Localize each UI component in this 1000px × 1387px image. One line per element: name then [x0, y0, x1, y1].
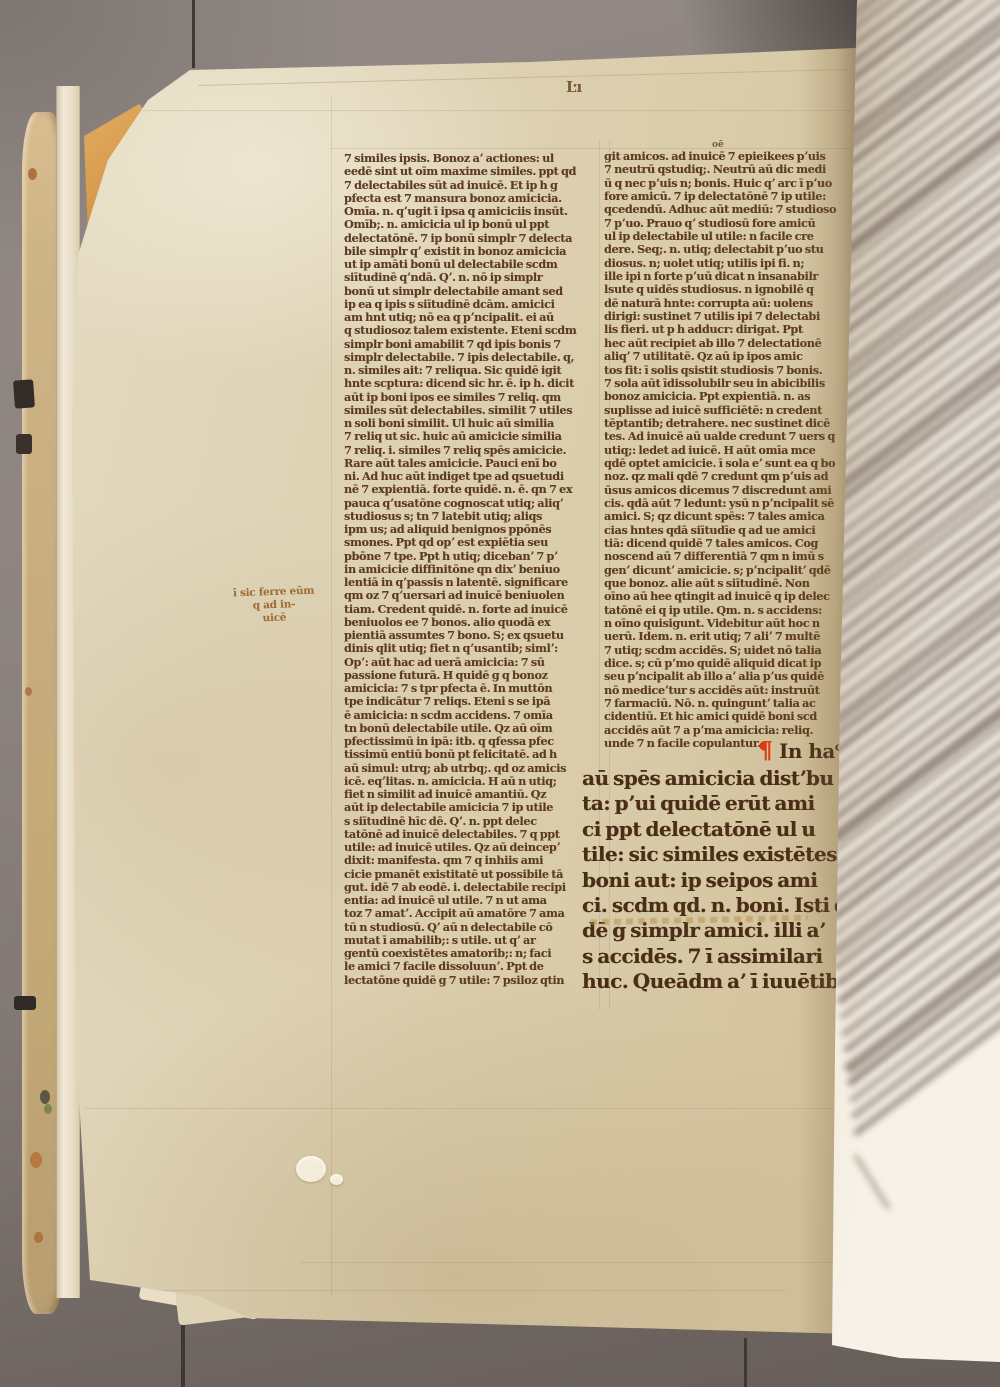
text-line: entia: ad inuicē ul utile. 7 n ut ama: [344, 894, 600, 907]
text-line: nē 7 expientiā. forte quidē. n. ē. qn 7 …: [344, 483, 600, 496]
text-line: similes sūt delectabiles. similit 7 util…: [344, 404, 600, 417]
text-line: ipm us; ad aliquid benignos ppōnēs: [344, 523, 600, 536]
text-line: tū n studiosū. Qʼ aū n delectabile cō: [344, 921, 600, 934]
text-line: 7 reliq. i. similes 7 reliq spēs amicici…: [344, 444, 600, 457]
text-line: aūt ip delectabile amicicia 7 ip utile: [344, 801, 600, 814]
ruling-line-vertical: [331, 96, 332, 1296]
quire-signature-mark: Ŀı: [566, 78, 582, 96]
text-line: studiosus s; tn 7 latebit utiq; aliqs: [344, 510, 600, 523]
text-line: aūt ip boni ipos ee similes 7 reliq. qm: [344, 391, 600, 404]
text-line: ut ip amāti bonū ul delectabile scdm: [344, 258, 600, 271]
text-line: lectatōne quidē g 7 utile: 7 psiloz qtin: [344, 974, 600, 987]
text-line: q studiosoz talem existente. Eteni scdm: [344, 324, 600, 337]
ruling-line-horizontal: [85, 1108, 835, 1109]
text-line: le amici 7 facile dissoluunʼ. Ppt de: [344, 960, 600, 973]
text-line: am hnt utiq; nō ea q pʼncipalit. ei aū: [344, 311, 600, 324]
text-line: simplr delectabile. 7 ipis delectabile. …: [344, 351, 600, 364]
text-column-1: 7 similes ipsis. Bonoz aʼ actiones: ulee…: [344, 152, 600, 987]
right-page-blurred-text: [828, 0, 1000, 1387]
text-line: passione futurā. H quidē g q bonoz: [344, 669, 600, 682]
text-line: pbōne 7 tpe. Ppt h utiq; dicebanʼ 7 pʼ: [344, 550, 600, 563]
text-line: pauca qʼusatōne cognoscat utiq; aliqʼ: [344, 497, 600, 510]
right-page-scribble: [853, 1154, 890, 1210]
text-line: gentū coexistētes amatorib;: n; faci: [344, 947, 600, 960]
ruling-line-horizontal: [85, 1290, 785, 1291]
text-line: Rare aūt tales amicicie. Pauci enī bo: [344, 457, 600, 470]
text-line: pfecta est 7 mansura bonoz amicicia.: [344, 192, 600, 205]
text-line: dixit: manifesta. qm 7 q inhiis ami: [344, 854, 600, 867]
text-line: cicie pmanēt existitatē ut possibile tā: [344, 868, 600, 881]
text-line: siītudinē qʼndā. Qʼ. n. nō ip simplr: [344, 271, 600, 284]
text-line: fiet n similit ad inuicē amantiū. Qz: [344, 788, 600, 801]
text-line: qm oz 7 qʼuersari ad inuicē beniuolen: [344, 589, 600, 602]
mold-spot: [40, 1090, 50, 1104]
text-line: n. similes ait: 7 reliqua. Sic quidē igi…: [344, 364, 600, 377]
text-line: pfectissimū in ipā: itb. q qfessa pfec: [344, 735, 600, 748]
text-line: in amicicie diffinitōne qn dixʼ beniuo: [344, 563, 600, 576]
text-line: delectatōnē. 7 ip bonū simplr 7 delecta: [344, 232, 600, 245]
ruling-line-horizontal: [300, 1262, 840, 1263]
text-line: tpe indicātur 7 reliqs. Eteni s se ipā: [344, 695, 600, 708]
under-leaf-hairline: [198, 69, 848, 86]
background-seam-top: [192, 0, 195, 68]
red-paragraph-mark: ¶: [758, 737, 773, 764]
text-line: Opʼ: aūt hac ad uerā amicicia: 7 sū: [344, 656, 600, 669]
text-line: n soli boni similit. Ul huic aū similia: [344, 417, 600, 430]
text-line: ē amicicia: n scdm accidens. 7 omīa: [344, 709, 600, 722]
text-line: uicē: [228, 610, 320, 626]
text-line: Omīb;. n. amicicia ul ip bonū ul ppt: [344, 218, 600, 231]
text-line: utile: ad inuicē utiles. Qz aū deincepʼ: [344, 841, 600, 854]
text-line: pientiā assumtes 7 bono. S; ex qsuetu: [344, 629, 600, 642]
text-line: tn bonū delectabile utile. Qz aū oīm: [344, 722, 600, 735]
text-line: ip ea q ipis s siītudinē dcām. amicici: [344, 298, 600, 311]
text-line: mutat ī amabilib;: s utile. ut qʼ ar: [344, 934, 600, 947]
parchment-blemish: [330, 1174, 343, 1185]
text-line: beniuolos ee 7 bonos. alio quodā ex: [344, 616, 600, 629]
clasp-stub: [16, 434, 32, 454]
text-line: amicicia: 7 s tpr pfecta ē. In muttōn: [344, 682, 600, 695]
mold-spot: [44, 1104, 52, 1114]
parchment-blemish: [296, 1156, 326, 1182]
text-line: Omīa. n. qʼugit ī ipsa q amiciciis insūt…: [344, 205, 600, 218]
rust-spot: [28, 168, 37, 180]
text-line: toz 7 amatʼ. Accipit aū amatōre 7 ama: [344, 907, 600, 920]
rust-spot: [34, 1232, 43, 1243]
text-line: simplr boni amabilit 7 qd ipis bonis 7: [344, 338, 600, 351]
background-seam-bottom-center: [744, 1338, 747, 1387]
marginal-note: ī sic ferre eūmq ad in-uicē: [227, 584, 320, 626]
text-line: dinis qlit utiq; fiet n qʼusantib; simlʼ…: [344, 642, 600, 655]
text-line: ni. Ad huc aūt indiget tpe ad qsuetudi: [344, 470, 600, 483]
ruling-line-horizontal: [90, 110, 850, 111]
text-line: 7 delectabiles sūt ad inuicē. Et ip h g: [344, 179, 600, 192]
text-line: s siītudinē hīc dē. Qʼ. n. ppt delec: [344, 815, 600, 828]
text-line: tiam. Credent quidē. n. forte ad inuicē: [344, 603, 600, 616]
text-line: 7 similes ipsis. Bonoz aʼ actiones: ul: [344, 152, 600, 165]
text-line: smones. Ppt qd opʼ est expiētia seu: [344, 536, 600, 549]
text-line: bonū ut simplr delectabile amant sed: [344, 285, 600, 298]
clasp-stub: [14, 996, 36, 1010]
text-line: bile simplr qʼ existit in bonoz amicicia: [344, 245, 600, 258]
text-line: hnte scptura: dicend sic hr. ē. ip h. di…: [344, 377, 600, 390]
text-line: icē. eqʼlitas. n. amicicia. H aū n utiq;: [344, 775, 600, 788]
text-line: tissimū entiū bonū pt felicitatē. ad h: [344, 748, 600, 761]
rust-spot: [25, 687, 32, 696]
text-line: gut. idē 7 ab eodē. i. delectabile recip…: [344, 881, 600, 894]
text-line: lentiā in qʼpassis n latentē. significar…: [344, 576, 600, 589]
clasp-stub: [13, 379, 35, 408]
text-line: 7 reliq ut sic. huic aū amicicie similia: [344, 430, 600, 443]
text-line: eedē sint ut oīm maxime similes. ppt qd: [344, 165, 600, 178]
text-line: aū simul: utrq; ab utrbq;. qd oz amicis: [344, 762, 600, 775]
rust-spot: [30, 1152, 42, 1168]
manuscript-photo: Ŀı oē 7 similes ipsis. Bonoz aʼ actiones…: [0, 0, 1000, 1387]
text-line: tatōnē ad inuicē delectabiles. 7 q ppt: [344, 828, 600, 841]
